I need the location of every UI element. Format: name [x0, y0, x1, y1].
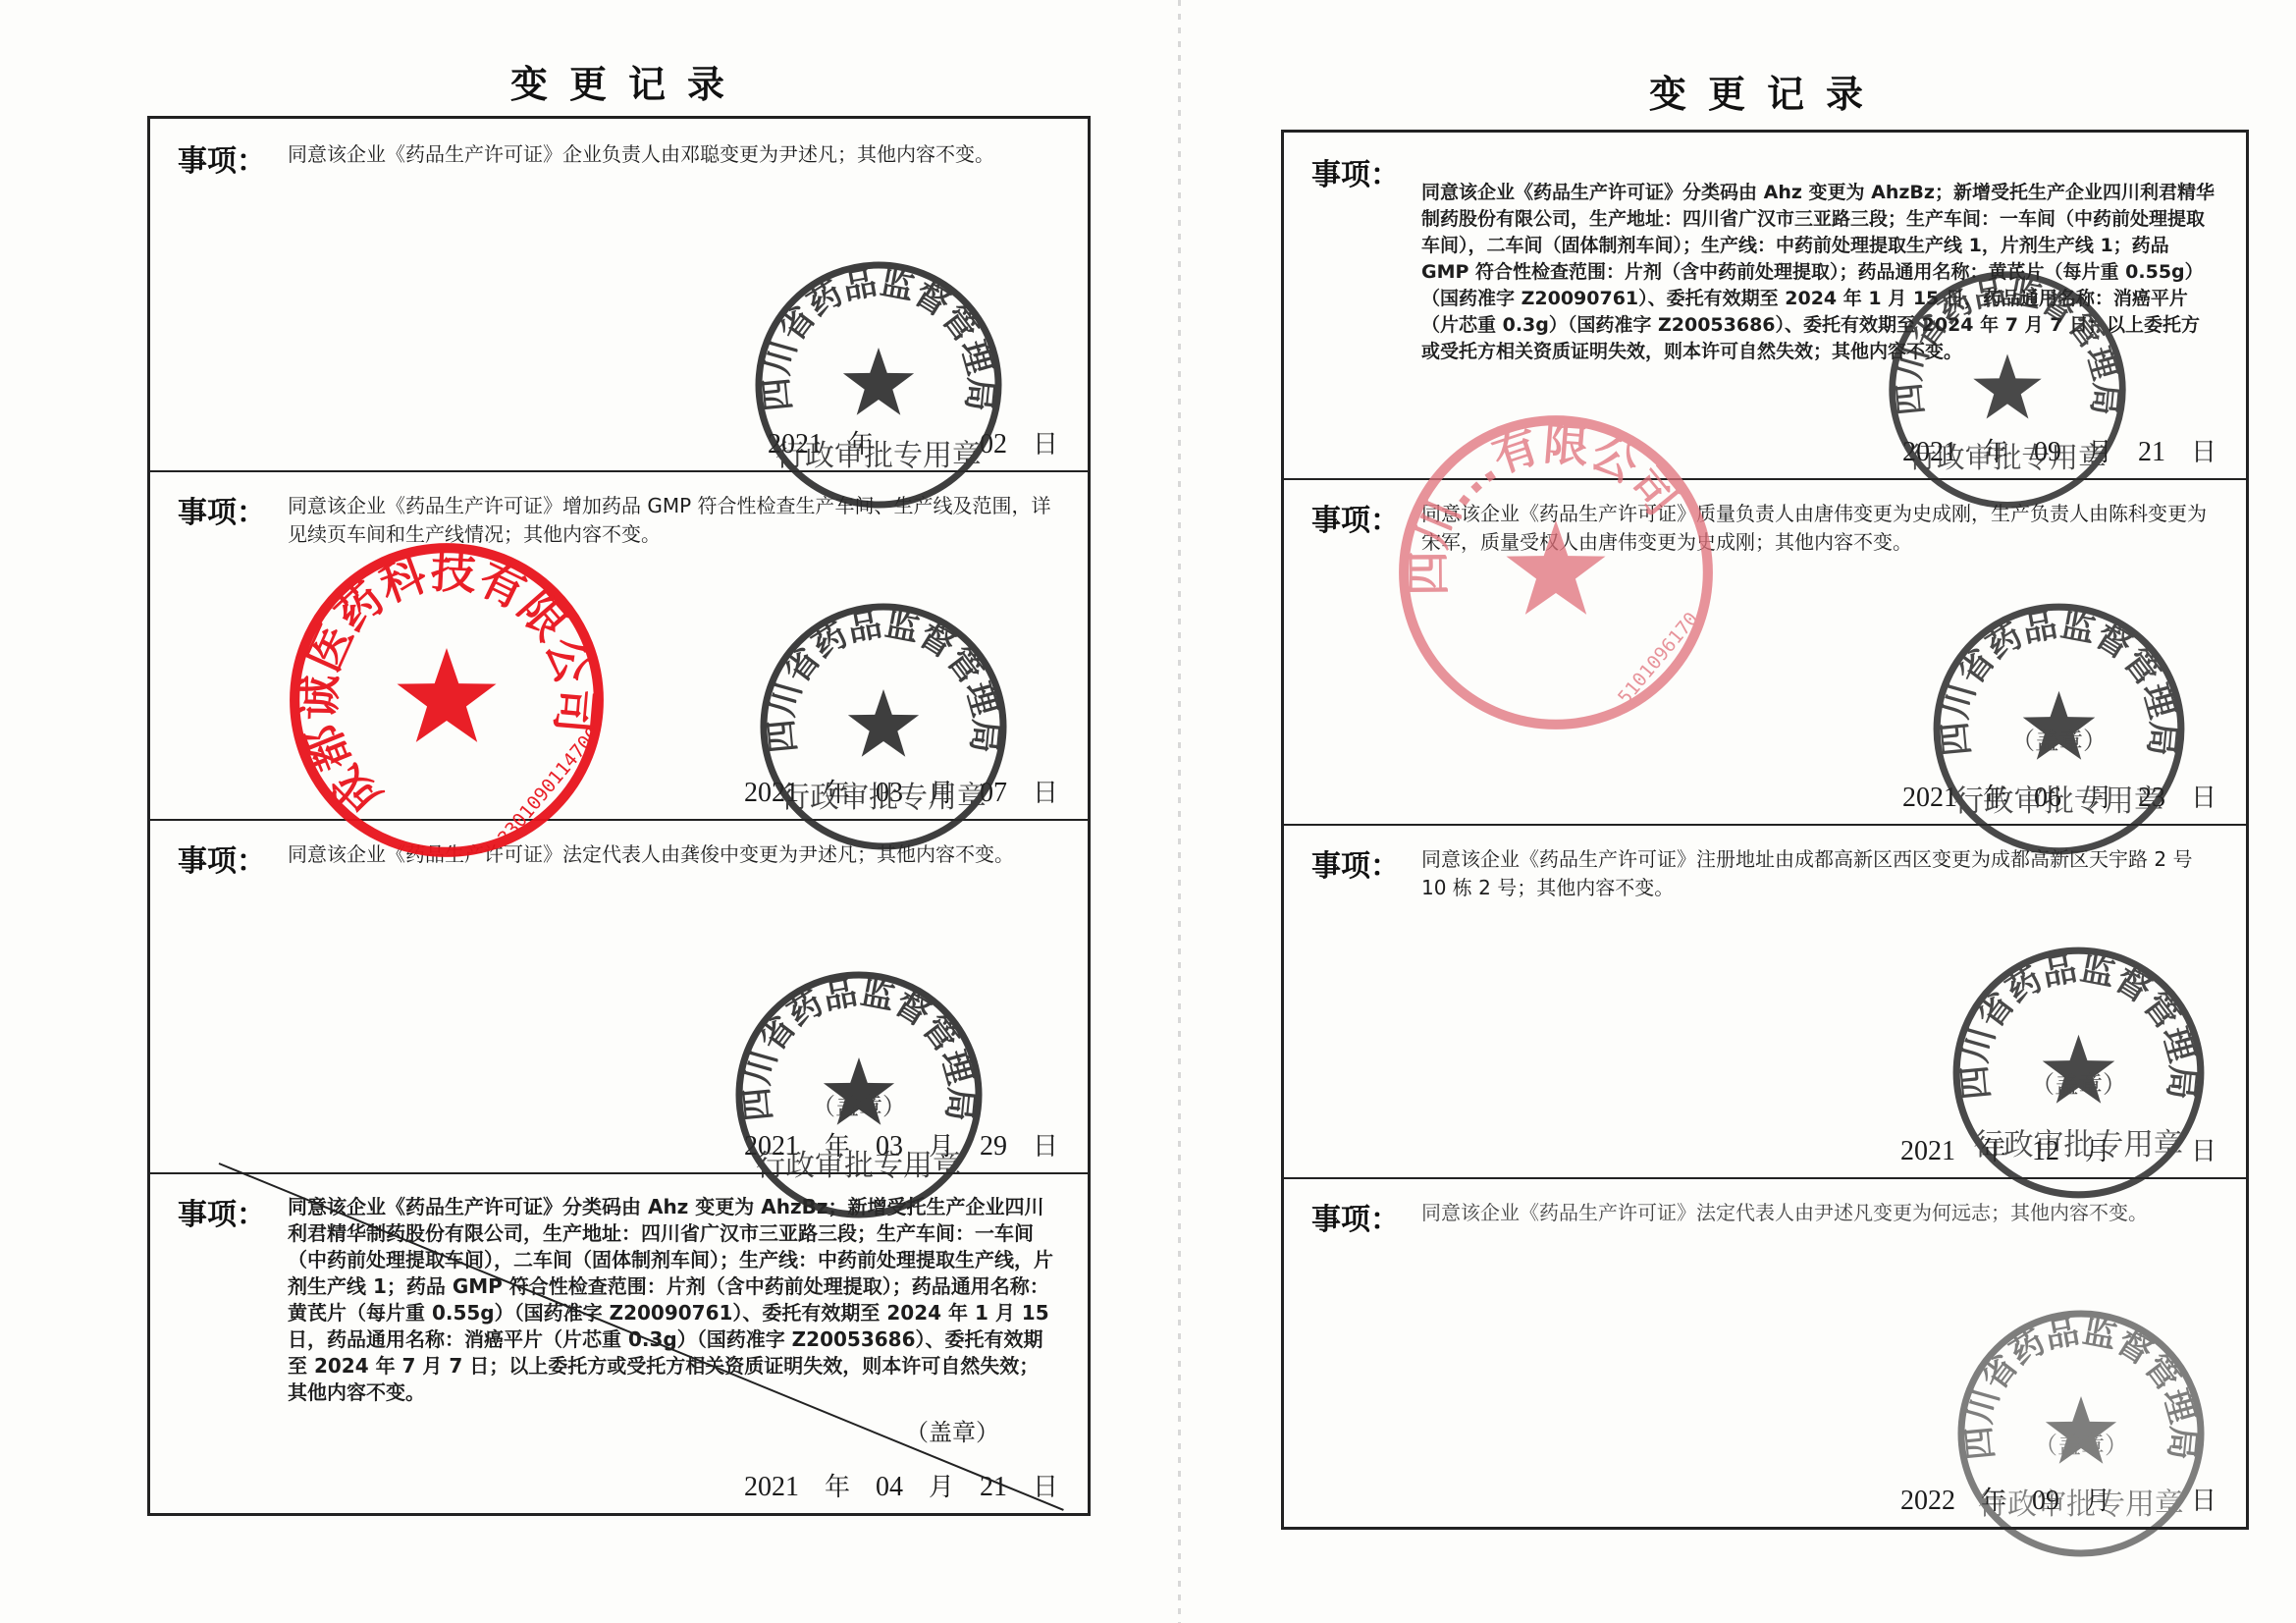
- seal-note: （盖章）: [905, 1413, 999, 1447]
- svg-text:行政审批专用章: 行政审批专用章: [1974, 1128, 2184, 1163]
- entry-content: 同意该企业《药品生产许可证》法定代表人由尹述凡变更为何远志；其他内容不变。: [1421, 1199, 2215, 1227]
- government-approval-stamp: 四川省药品监督管理局行政审批专用章: [756, 599, 1011, 854]
- entry-label: 事项：: [1311, 1195, 1400, 1238]
- entry-label: 事项：: [1311, 150, 1400, 193]
- svg-text:（盖章）: （盖章）: [2011, 727, 2108, 755]
- svg-text:3301090114700: 3301090114700: [494, 723, 605, 848]
- date-year: 2021: [744, 1472, 799, 1503]
- government-approval-stamp: 四川省药品监督管理局行政审批专用章: [751, 257, 1006, 513]
- entry-content: 同意该企业《药品生产许可证》分类码由 Ahz 变更为 AhzBz；新增受托生产企…: [288, 1194, 1056, 1406]
- svg-text:行政审批专用章: 行政审批专用章: [756, 1149, 962, 1183]
- svg-text:行政审批专用章: 行政审批专用章: [1908, 441, 2107, 474]
- government-approval-stamp: 四川省药品监督管理局（盖章）行政审批专用章: [1953, 1306, 2209, 1561]
- entry-date: 2021 年 04 月 21 日: [744, 1467, 1058, 1503]
- entry-label: 事项：: [178, 1190, 266, 1233]
- svg-text:行政审批专用章: 行政审批专用章: [1978, 1488, 2184, 1522]
- entry-label: 事项：: [178, 488, 266, 531]
- svg-text:（盖章）: （盖章）: [812, 1093, 906, 1120]
- svg-text:（盖章）: （盖章）: [2034, 1432, 2128, 1459]
- company-seal-red: 成都诚医药科技有限公司3301090114700: [285, 538, 609, 862]
- svg-text:行政审批专用章: 行政审批专用章: [1954, 784, 2164, 819]
- entry-label: 事项：: [178, 837, 266, 880]
- page-fold-divider: [1178, 0, 1181, 1623]
- page-title-right: 变更记录: [1649, 64, 1885, 118]
- entry-content: 同意该企业《药品生产许可证》企业负责人由邓聪变更为尹述凡；其他内容不变。: [288, 140, 1056, 169]
- date-year: 2022: [1900, 1486, 1955, 1517]
- svg-text:（盖章）: （盖章）: [2031, 1070, 2127, 1099]
- entry-label: 事项：: [1311, 841, 1400, 885]
- page-title-left: 变更记录: [510, 54, 746, 108]
- entry-label: 事项：: [178, 136, 266, 180]
- date-year: 2021: [1900, 1136, 1955, 1167]
- company-seal-faded-red: 四川...有限公司5101096170: [1394, 410, 1718, 734]
- change-entry-crossed-out: 事项： 同意该企业《药品生产许可证》分类码由 Ahz 变更为 AhzBz；新增受…: [150, 1172, 1088, 1513]
- date-day: 21: [2138, 437, 2165, 468]
- government-approval-stamp: 四川省药品监督管理局（盖章）行政审批专用章: [731, 967, 987, 1222]
- svg-text:5101096170: 5101096170: [1614, 609, 1702, 709]
- government-approval-stamp: 四川省药品监督管理局（盖章）行政审批专用章: [1949, 943, 2209, 1203]
- svg-text:行政审批专用章: 行政审批专用章: [775, 439, 982, 473]
- svg-text:行政审批专用章: 行政审批专用章: [780, 781, 987, 815]
- government-approval-stamp: 四川省药品监督管理局（盖章）行政审批专用章: [1929, 599, 2189, 859]
- government-approval-stamp: 四川省药品监督管理局行政审批专用章: [1885, 267, 2130, 513]
- entry-label: 事项：: [1311, 496, 1400, 539]
- date-month: 04: [876, 1472, 903, 1503]
